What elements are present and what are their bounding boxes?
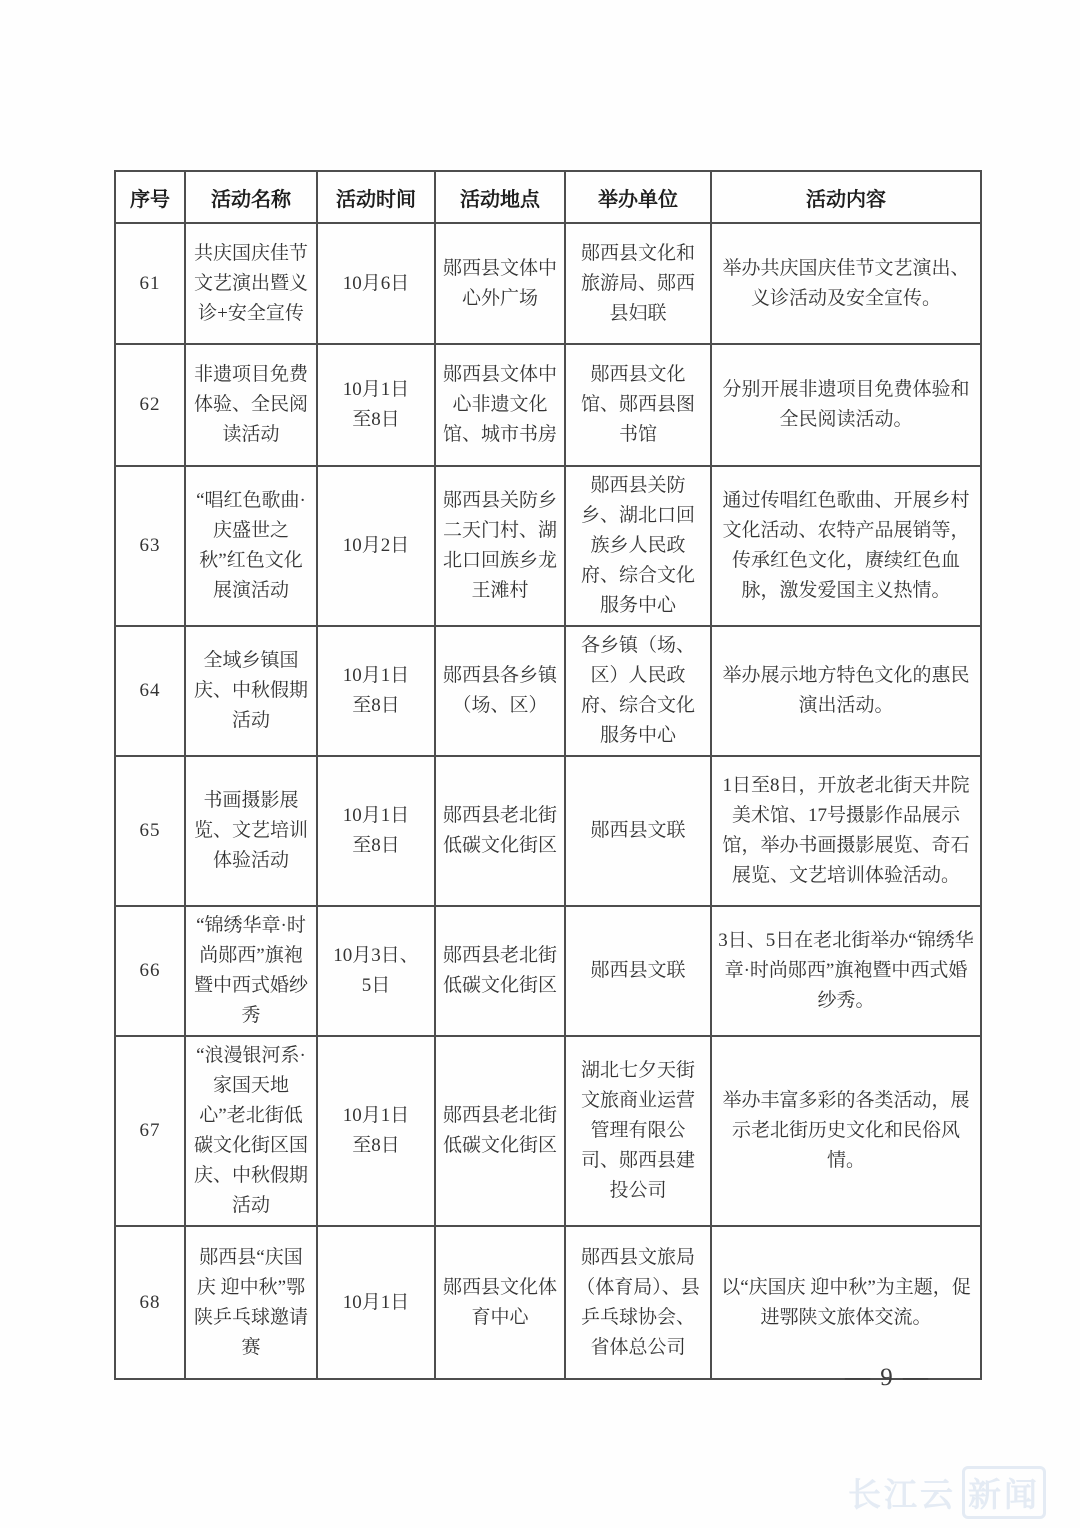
header-activity-time: 活动时间 bbox=[317, 171, 435, 223]
cell-activity-location: 郧西县老北街低碳文化街区 bbox=[435, 756, 565, 906]
header-activity-name: 活动名称 bbox=[185, 171, 317, 223]
cell-activity-content: 举办丰富多彩的各类活动，展示老北街历史文化和民俗风情。 bbox=[711, 1036, 981, 1226]
table-row: 63 “唱红色歌曲·庆盛世之秋”红色文化展演活动 10月2日 郧西县关防乡二天门… bbox=[115, 466, 981, 626]
table-header-row: 序号 活动名称 活动时间 活动地点 举办单位 活动内容 bbox=[115, 171, 981, 223]
watermark: 长江云新闻 bbox=[848, 1466, 1046, 1519]
cell-serial-number: 66 bbox=[115, 906, 185, 1036]
cell-organizer: 郧西县文化和旅游局、郧西县妇联 bbox=[565, 223, 711, 344]
cell-serial-number: 63 bbox=[115, 466, 185, 626]
header-activity-location: 活动地点 bbox=[435, 171, 565, 223]
cell-activity-location: 郧西县文体中心非遗文化馆、城市书房 bbox=[435, 344, 565, 466]
cell-organizer: 郧西县文联 bbox=[565, 906, 711, 1036]
cell-activity-content: 通过传唱红色歌曲、开展乡村文化活动、农特产品展销等，传承红色文化，赓续红色血脉，… bbox=[711, 466, 981, 626]
watermark-badge: 新闻 bbox=[962, 1466, 1046, 1519]
cell-activity-time: 10月3日、 5日 bbox=[317, 906, 435, 1036]
cell-activity-time: 10月1日 至8日 bbox=[317, 1036, 435, 1226]
cell-activity-location: 郧西县各乡镇（场、区） bbox=[435, 626, 565, 756]
cell-activity-name: “锦绣华章·时尚郧西”旗袍暨中西式婚纱秀 bbox=[185, 906, 317, 1036]
document-page: 序号 活动名称 活动时间 活动地点 举办单位 活动内容 61 共庆国庆佳节文艺演… bbox=[0, 0, 1080, 1528]
cell-activity-name: 非遗项目免费体验、全民阅读活动 bbox=[185, 344, 317, 466]
watermark-text: 长江云 bbox=[848, 1476, 956, 1513]
cell-serial-number: 67 bbox=[115, 1036, 185, 1226]
cell-activity-time: 10月6日 bbox=[317, 223, 435, 344]
cell-serial-number: 61 bbox=[115, 223, 185, 344]
cell-organizer: 郧西县关防乡、湖北口回族乡人民政府、综合文化服务中心 bbox=[565, 466, 711, 626]
page-number: — 9 — bbox=[845, 1364, 930, 1392]
cell-activity-time: 10月1日 至8日 bbox=[317, 344, 435, 466]
cell-activity-content: 分别开展非遗项目免费体验和全民阅读活动。 bbox=[711, 344, 981, 466]
cell-activity-name: 书画摄影展览、文艺培训体验活动 bbox=[185, 756, 317, 906]
cell-organizer: 湖北七夕天街文旅商业运营管理有限公司、郧西县建投公司 bbox=[565, 1036, 711, 1226]
header-activity-content: 活动内容 bbox=[711, 171, 981, 223]
table-row: 65 书画摄影展览、文艺培训体验活动 10月1日 至8日 郧西县老北街低碳文化街… bbox=[115, 756, 981, 906]
cell-activity-location: 郧西县老北街低碳文化街区 bbox=[435, 906, 565, 1036]
cell-activity-content: 举办共庆国庆佳节文艺演出、义诊活动及安全宣传。 bbox=[711, 223, 981, 344]
table-row: 62 非遗项目免费体验、全民阅读活动 10月1日 至8日 郧西县文体中心非遗文化… bbox=[115, 344, 981, 466]
cell-activity-name: “唱红色歌曲·庆盛世之秋”红色文化展演活动 bbox=[185, 466, 317, 626]
table-row: 61 共庆国庆佳节文艺演出暨义诊+安全宣传 10月6日 郧西县文体中心外广场 郧… bbox=[115, 223, 981, 344]
cell-activity-name: “浪漫银河系·家国天地心”老北街低碳文化街区国庆、中秋假期活动 bbox=[185, 1036, 317, 1226]
cell-activity-content: 举办展示地方特色文化的惠民演出活动。 bbox=[711, 626, 981, 756]
cell-organizer: 各乡镇（场、区）人民政府、综合文化服务中心 bbox=[565, 626, 711, 756]
cell-serial-number: 65 bbox=[115, 756, 185, 906]
header-serial-number: 序号 bbox=[115, 171, 185, 223]
cell-activity-name: 全域乡镇国庆、中秋假期活动 bbox=[185, 626, 317, 756]
cell-activity-location: 郧西县文体中心外广场 bbox=[435, 223, 565, 344]
cell-organizer: 郧西县文旅局（体育局）、县乒乓球协会、省体总公司 bbox=[565, 1226, 711, 1379]
cell-activity-content: 3日、5日在老北街举办“锦绣华章·时尚郧西”旗袍暨中西式婚纱秀。 bbox=[711, 906, 981, 1036]
header-organizer: 举办单位 bbox=[565, 171, 711, 223]
activities-table: 序号 活动名称 活动时间 活动地点 举办单位 活动内容 61 共庆国庆佳节文艺演… bbox=[114, 170, 982, 1380]
cell-activity-time: 10月1日 至8日 bbox=[317, 626, 435, 756]
cell-activity-time: 10月2日 bbox=[317, 466, 435, 626]
table-row: 67 “浪漫银河系·家国天地心”老北街低碳文化街区国庆、中秋假期活动 10月1日… bbox=[115, 1036, 981, 1226]
cell-activity-location: 郧西县文化体育中心 bbox=[435, 1226, 565, 1379]
cell-activity-location: 郧西县关防乡二天门村、湖北口回族乡龙王滩村 bbox=[435, 466, 565, 626]
cell-activity-name: 郧西县“庆国庆 迎中秋”鄂陕乒乓球邀请赛 bbox=[185, 1226, 317, 1379]
cell-serial-number: 64 bbox=[115, 626, 185, 756]
cell-activity-name: 共庆国庆佳节文艺演出暨义诊+安全宣传 bbox=[185, 223, 317, 344]
table-row: 66 “锦绣华章·时尚郧西”旗袍暨中西式婚纱秀 10月3日、 5日 郧西县老北街… bbox=[115, 906, 981, 1036]
cell-activity-location: 郧西县老北街低碳文化街区 bbox=[435, 1036, 565, 1226]
cell-activity-time: 10月1日 bbox=[317, 1226, 435, 1379]
table-row: 68 郧西县“庆国庆 迎中秋”鄂陕乒乓球邀请赛 10月1日 郧西县文化体育中心 … bbox=[115, 1226, 981, 1379]
cell-activity-content: 1日至8日，开放老北街天井院美术馆、17号摄影作品展示馆，举办书画摄影展览、奇石… bbox=[711, 756, 981, 906]
cell-organizer: 郧西县文化馆、郧西县图书馆 bbox=[565, 344, 711, 466]
cell-activity-content: 以“庆国庆 迎中秋”为主题，促进鄂陕文旅体交流。 bbox=[711, 1226, 981, 1379]
cell-activity-time: 10月1日 至8日 bbox=[317, 756, 435, 906]
cell-organizer: 郧西县文联 bbox=[565, 756, 711, 906]
cell-serial-number: 68 bbox=[115, 1226, 185, 1379]
cell-serial-number: 62 bbox=[115, 344, 185, 466]
table-row: 64 全域乡镇国庆、中秋假期活动 10月1日 至8日 郧西县各乡镇（场、区） 各… bbox=[115, 626, 981, 756]
